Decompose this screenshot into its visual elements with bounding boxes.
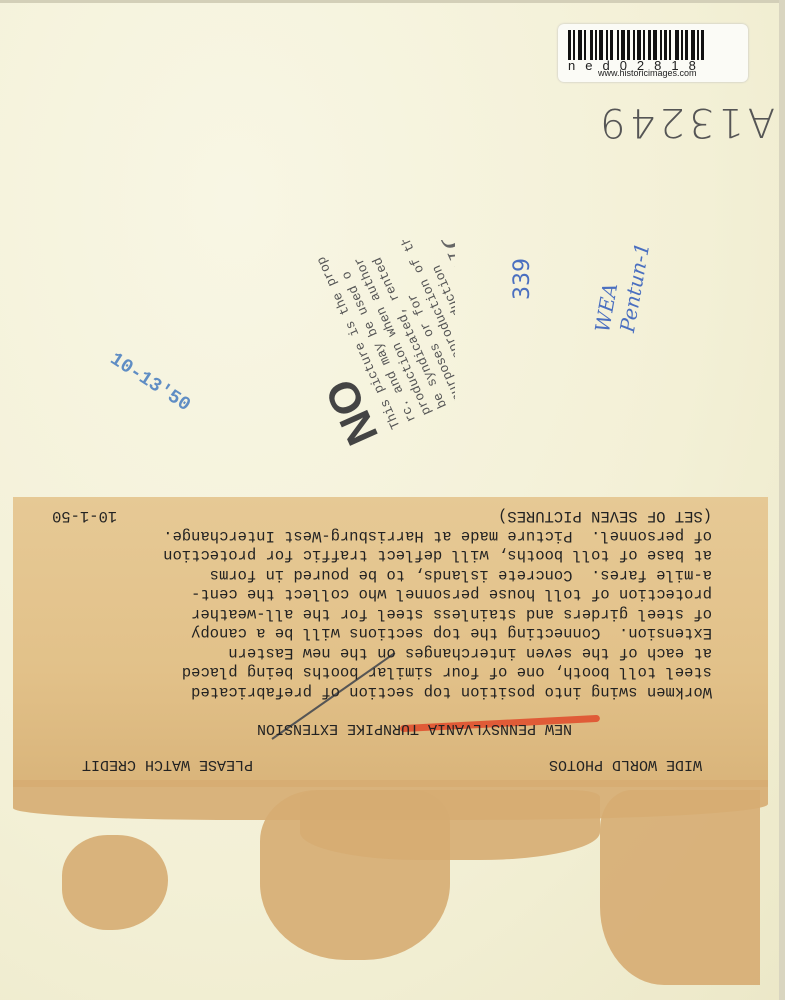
caption-line: Workmen swing into position top section … (52, 682, 712, 702)
credit-notice: PLEASE WATCH CREDIT (82, 756, 253, 773)
caption-line: a-mile fares. Concrete islands, to be po… (52, 565, 712, 585)
stain (300, 790, 600, 860)
caption-headline: NEW PENNSYLVANIA TURNPIKE EXTENSION (257, 720, 572, 737)
caption-footer: (SET OF SEVEN PICTURES) 10-1-50 (52, 507, 712, 525)
caption-upside-down: WIDE WORLD PHOTOS PLEASE WATCH CREDIT NE… (13, 497, 768, 787)
caption-line: of personnel. Picture made at Harrisburg… (52, 526, 712, 546)
pencil-archive-number: A13249 (585, 85, 775, 145)
caption-date: 10-1-50 (52, 507, 117, 525)
barcode-bars-icon (568, 30, 740, 60)
series-note: (SET OF SEVEN PICTURES) (498, 507, 712, 525)
caption-line: of steel girders and stainless steel for… (52, 604, 712, 624)
caption-line: protection of toll house personnel who c… (52, 584, 712, 604)
stain (600, 790, 760, 985)
wide-world-rights-stamp: NO This picture is the prop rc. and may … (215, 240, 455, 500)
caption-line: steel toll booth, one of four similar bo… (52, 662, 712, 682)
agency-name: WIDE WORLD PHOTOS (549, 756, 702, 773)
barcode-url: www.historicimages.com (598, 68, 697, 78)
barcode-sticker: ned02818 www.historicimages.com (558, 24, 748, 82)
paper-edge-top (0, 0, 785, 3)
caption-line: at each of the seven interchanges on the… (52, 643, 712, 663)
paper-edge-right (779, 0, 785, 1000)
caption-body: Workmen swing into position top section … (52, 526, 712, 702)
caption-header: WIDE WORLD PHOTOS PLEASE WATCH CREDIT (82, 756, 702, 773)
blue-ink-number: 339 (510, 258, 535, 300)
caption-line: at base of toll booths, will deflect tra… (52, 545, 712, 565)
caption-line: Extension. Connecting the top sections w… (52, 623, 712, 643)
